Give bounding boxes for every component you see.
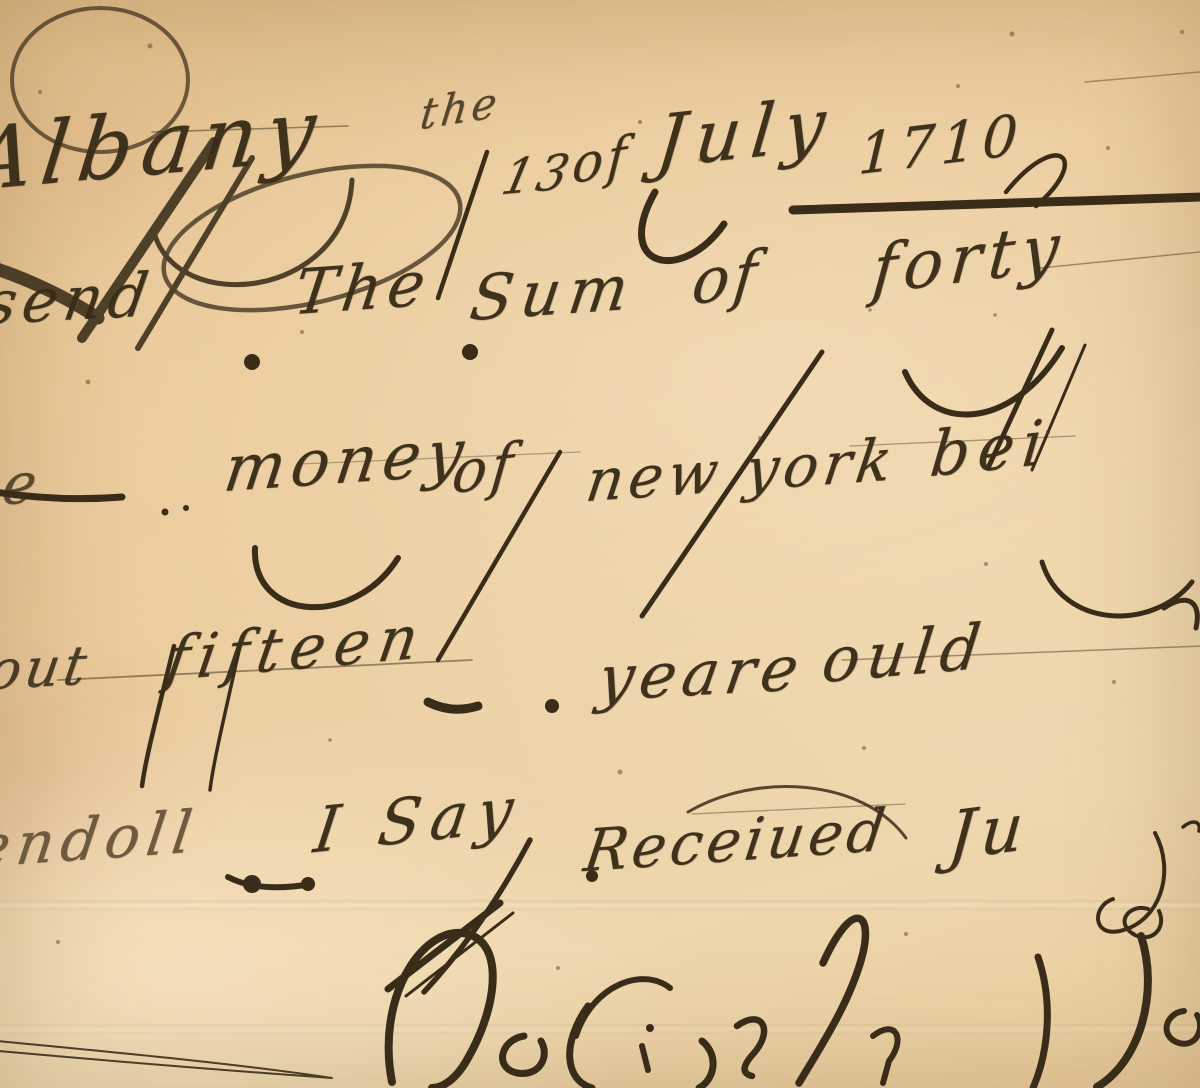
word-new-york: new york xyxy=(583,430,901,510)
date-underline-stroke xyxy=(793,197,1200,210)
date-article: the xyxy=(418,81,503,137)
word-fragment-e: e xyxy=(0,456,44,514)
word-sum: Sum xyxy=(466,256,640,330)
word-the: The xyxy=(290,252,434,324)
date-month: July xyxy=(653,87,839,179)
place-name: Albany xyxy=(0,86,329,204)
word-i-say: I Say xyxy=(310,777,526,862)
word-ould: ould xyxy=(819,615,991,692)
word-fifteen: fifteen xyxy=(162,607,431,691)
word-endoll: endoll xyxy=(0,802,202,876)
word-yeare: yeare xyxy=(594,637,809,710)
date-preposition: of xyxy=(571,129,632,193)
word-of-2: of xyxy=(450,434,520,502)
paper-crease xyxy=(0,1024,1200,1034)
date-year: 1710 xyxy=(857,107,1025,184)
word-money: money xyxy=(220,420,473,502)
word-receiued: Receiued xyxy=(581,800,893,880)
word-out: out xyxy=(0,638,94,698)
word-of-1: of xyxy=(689,242,763,315)
word-send: send xyxy=(0,265,158,334)
word-bei: bei xyxy=(927,411,1053,487)
date-day: 13 xyxy=(497,147,577,202)
word-ju: Ju xyxy=(946,793,1032,870)
bottom-left-stroke xyxy=(0,1041,332,1078)
word-forty: forty xyxy=(870,214,1069,305)
paper-crease xyxy=(0,900,1200,910)
signature-flourish xyxy=(388,840,1200,1088)
manuscript-page: Albany the 13 of July 1710 send The Sum … xyxy=(0,0,1200,1088)
